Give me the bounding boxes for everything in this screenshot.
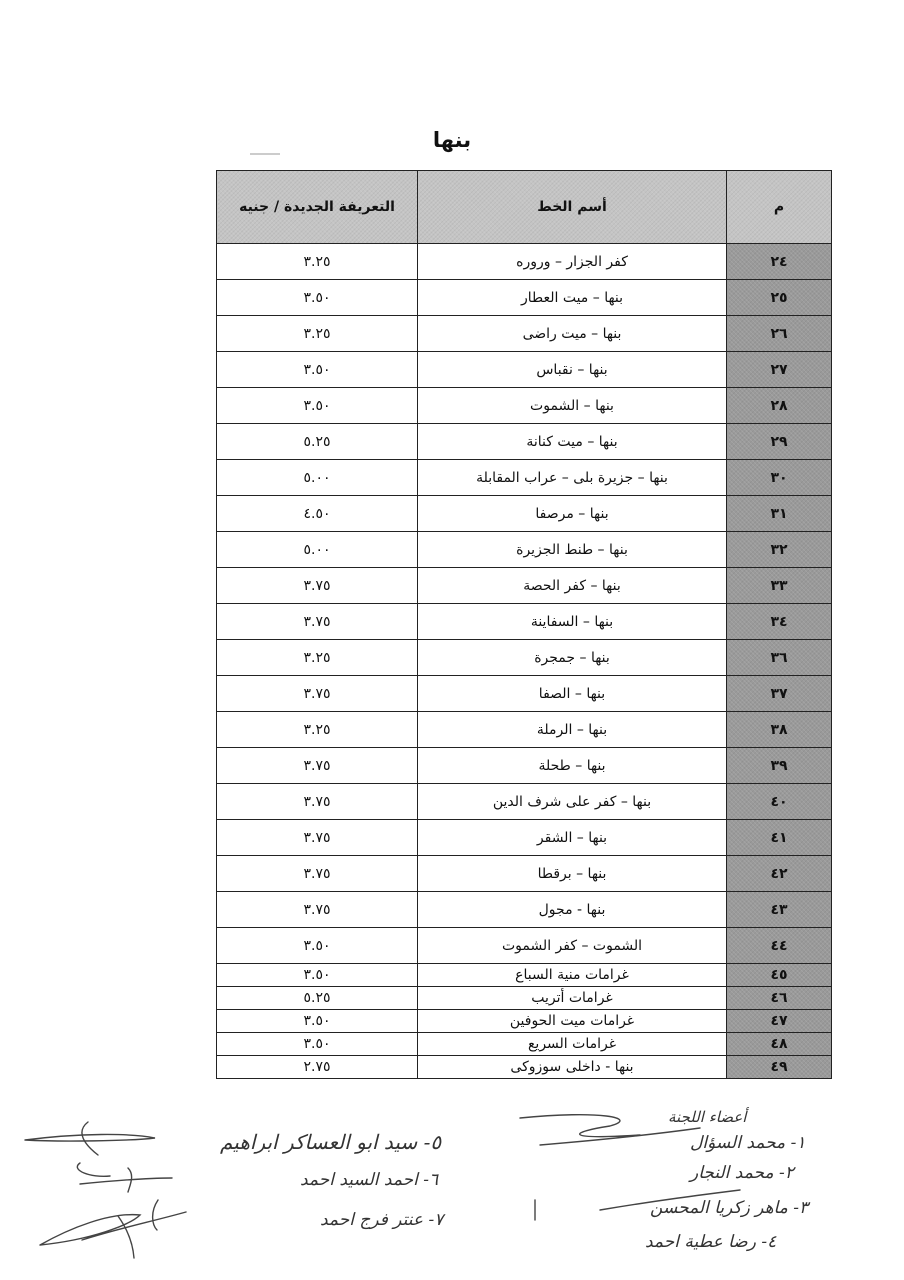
signature-scribble-left bbox=[0, 0, 904, 1280]
